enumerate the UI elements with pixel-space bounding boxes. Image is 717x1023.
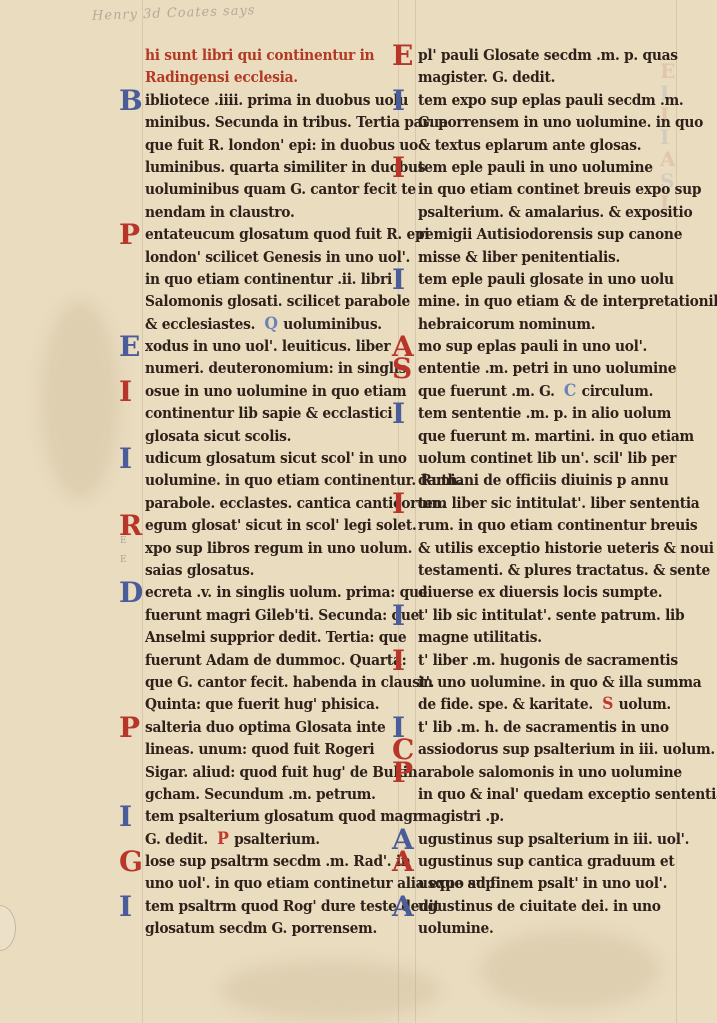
decorated-initial: B: [119, 87, 143, 115]
text-line: & utilis exceptio historie ueteris & nou…: [418, 537, 666, 559]
text-line: entateucum glosatum quod fuit R. epi: [145, 223, 393, 245]
catalogue-entry: Exodus in uno uol'. leuiticus. libernume…: [145, 335, 415, 380]
paraph-mark-icon: C: [564, 380, 576, 402]
decorated-initial: G: [119, 848, 143, 876]
catalogue-entry: Amo sup eplas pauli in uno uol'.: [418, 335, 688, 357]
text-line: fuerunt Adam de dummoc. Quarta:: [145, 649, 393, 671]
paraph-mark-icon: P: [217, 828, 228, 850]
text-line: que fuerunt m. martini. in quo etiam: [418, 425, 666, 447]
catalogue-entry: Iudicum glosatum sicut scol' in unouolum…: [145, 447, 415, 514]
rubric-heading: hi sunt libri qui continentur in Radinge…: [145, 44, 415, 89]
line-text: & ecclesiastes.: [145, 315, 255, 333]
text-line: assiodorus sup psalterium in iii. uolum.: [418, 738, 666, 760]
catalogue-entry: It' lib .m. h. de sacramentis in uno: [418, 716, 688, 738]
stain: [480, 930, 660, 1010]
text-line: uoluminibus quam G. cantor fecit te: [145, 178, 393, 200]
decorated-initial: I: [392, 266, 405, 294]
text-line: mo sup eplas pauli in uno uol'.: [418, 335, 666, 357]
decorated-initial: I: [392, 602, 405, 630]
decorated-initial: I: [119, 893, 132, 921]
text-line: in quo etiam continentur .ii. libri: [145, 268, 393, 290]
text-line: tem eple pauli in uno uolumine: [418, 156, 666, 178]
decorated-initial: R: [119, 512, 142, 540]
text-line: Sigar. aliud: quod fuit hug' de Bukin: [145, 761, 393, 783]
decorated-initial: I: [119, 803, 132, 831]
catalogue-entry: Item eple pauli glosate in uno uolumine.…: [418, 268, 688, 335]
text-line: G. porrensem in uno uolumine. in quo: [418, 111, 666, 133]
line-text: uolum.: [619, 695, 671, 713]
decorated-initial: I: [392, 490, 405, 518]
decorated-initial: I: [392, 647, 405, 675]
text-line: saias glosatus.: [145, 559, 393, 581]
text-line: Quinta: que fuerit hug' phisica.: [145, 693, 393, 715]
text-line: salteria duo optima Glosata inte: [145, 716, 393, 738]
decorated-initial: I: [119, 378, 132, 406]
text-line: ugustinus sup cantica graduum et: [418, 850, 666, 872]
text-line: G. dedit.Ppsalterium.: [145, 828, 393, 850]
text-line: fuerunt magri Gileb'ti. Secunda: que: [145, 604, 393, 626]
text-line: psalterium. & amalarius. & expositio: [418, 201, 666, 223]
text-line: t' lib .m. h. de sacramentis in uno: [418, 716, 666, 738]
text-line: pl' pauli Glosate secdm .m. p. quas: [418, 44, 666, 66]
text-line: ecreta .v. in singlis uolum. prima: que: [145, 581, 393, 603]
text-line: udicum glosatum sicut scol' in uno: [145, 447, 393, 469]
text-line: numeri. deuteronomium: in singlis: [145, 357, 393, 379]
decorated-initial: E: [119, 333, 140, 361]
text-line: t' lib sic intitulat'. sente patrum. lib: [418, 604, 666, 626]
text-line: de fide. spe. & karitate.Suolum.: [418, 693, 666, 715]
right-column: Epl' pauli Glosate secdm .m. p. quasmagi…: [418, 44, 688, 940]
text-line: uolumine.: [418, 917, 666, 939]
text-line: mine. in quo etiam & de interpretationib…: [418, 290, 666, 312]
text-line: tem eple pauli glosate in uno uolu: [418, 268, 666, 290]
text-line: que fuit R. london' epi: in duobus uo: [145, 134, 393, 156]
text-line: xodus in uno uol'. leuiticus. liber: [145, 335, 393, 357]
text-line: continentur lib sapie & ecclastici: [145, 402, 393, 424]
text-line: parabole. ecclastes. cantica canticorum.: [145, 492, 393, 514]
catalogue-entry: Cassiodorus sup psalterium in iii. uolum…: [418, 738, 688, 760]
text-line: t' liber .m. hugonis de sacramentis: [418, 649, 666, 671]
guide-letter: E: [120, 551, 127, 570]
text-line: magister. G. dedit.: [418, 66, 666, 88]
line-text: G. dedit.: [145, 830, 208, 848]
left-column: hi sunt libri qui continentur in Radinge…: [145, 44, 415, 940]
text-line: hebraicorum nominum.: [418, 313, 666, 335]
text-line: ugustinus sup psalterium in iii. uol'.: [418, 828, 666, 850]
catalogue-entry: Augustinus de ciuitate dei. in unouolumi…: [418, 895, 688, 940]
catalogue-entry: Item eple pauli in uno uoluminein quo et…: [418, 156, 688, 268]
text-line: london' scilicet Genesis in uno uol'.: [145, 246, 393, 268]
text-line: uno uol'. in quo etiam continetur alia e…: [145, 872, 393, 894]
decorated-initial: I: [392, 154, 405, 182]
text-line: Radingensi ecclesia.: [145, 66, 393, 88]
paraph-mark-icon: S: [602, 693, 613, 715]
catalogue-entry: Item expo sup eplas pauli secdm .m.G. po…: [418, 89, 688, 156]
text-line: testamenti. & plures tractatus. & sente: [418, 559, 666, 581]
text-line: egum glosat' sicut in scol' legi solet.: [145, 514, 393, 536]
text-line: hi sunt libri qui continentur in: [145, 44, 393, 66]
text-line: usque ad finem psalt' in uno uol'.: [418, 872, 666, 894]
decorated-initial: E: [392, 42, 413, 70]
decorated-initial: I: [392, 87, 405, 115]
entry-list: Epl' pauli Glosate secdm .m. p. quasmagi…: [418, 44, 688, 940]
text-line: uolum continet lib un'. scil' lib per: [418, 447, 666, 469]
decorated-initial: I: [119, 445, 132, 473]
text-line: & textus eplarum ante glosas.: [418, 134, 666, 156]
text-line: que G. cantor fecit. habenda in claust'.: [145, 671, 393, 693]
text-line: tem expo sup eplas pauli secdm .m.: [418, 89, 666, 111]
text-line: rum. in quo etiam continentur breuis: [418, 514, 666, 536]
text-line: xpo sup libros regum in uno uolum.: [145, 537, 393, 559]
text-line: misse & liber penitentialis.: [418, 246, 666, 268]
catalogue-entry: Bibliotece .iiii. prima in duobus uolumi…: [145, 89, 415, 223]
catalogue-entry: Item psaltrm quod Rog' dure teste deditg…: [145, 895, 415, 940]
text-line: glosatum secdm G. porrensem.: [145, 917, 393, 939]
text-line: tem sententie .m. p. in alio uolum: [418, 402, 666, 424]
text-line: tem liber sic intitulat'. liber sententi…: [418, 492, 666, 514]
text-line: in quo & inal' quedam exceptio sententia…: [418, 783, 666, 805]
text-line: que fuerunt .m. G.Ccirculum.: [418, 380, 666, 402]
text-line: tem psaltrm quod Rog' dure teste dedit: [145, 895, 393, 917]
text-line: & ecclesiastes.Quoluminibus.: [145, 313, 393, 335]
decorated-initial: I: [392, 400, 405, 428]
decorated-initial: S: [392, 355, 412, 383]
catalogue-entry: Psalteria duo optima Glosata intelineas.…: [145, 716, 415, 806]
text-line: glosata sicut scolis.: [145, 425, 393, 447]
text-line: ententie .m. petri in uno uolumine: [418, 357, 666, 379]
stain: [40, 300, 120, 500]
text-line: gcham. Secundum .m. petrum.: [145, 783, 393, 805]
catalogue-entry: Augustinus sup cantica graduum etusque a…: [418, 850, 688, 895]
decorated-initial: D: [119, 579, 143, 607]
text-line: luminibus. quarta similiter in duobus: [145, 156, 393, 178]
line-text: uoluminibus.: [283, 315, 382, 333]
catalogue-entry: Regum glosat' sicut in scol' legi solet.…: [145, 514, 415, 581]
line-text: de fide. spe. & karitate.: [418, 695, 593, 713]
decorated-initial: P: [392, 759, 413, 787]
text-line: nendam in claustro.: [145, 201, 393, 223]
catalogue-entry: Item liber sic intitulat'. liber sentent…: [418, 492, 688, 604]
text-line: ugustinus de ciuitate dei. in uno: [418, 895, 666, 917]
text-line: remigii Autisiodorensis sup canone: [418, 223, 666, 245]
text-line: damiani de officiis diuinis p annu: [418, 469, 666, 491]
catalogue-entry: Item sententie .m. p. in alio uolumque f…: [418, 402, 688, 492]
text-line: uolumine. in quo etiam continentur. Ruth…: [145, 469, 393, 491]
catalogue-entry: Decreta .v. in singlis uolum. prima: que…: [145, 581, 415, 715]
entry-list: Bibliotece .iiii. prima in duobus uolumi…: [145, 89, 415, 940]
text-line: diuerse ex diuersis locis sumpte.: [418, 581, 666, 603]
line-text: circulum.: [582, 382, 654, 400]
text-line: in uno uolumine. in quo & illa summa: [418, 671, 666, 693]
catalogue-entry: Sententie .m. petri in uno uolumineque f…: [418, 357, 688, 402]
text-line: ibliotece .iiii. prima in duobus uolu: [145, 89, 393, 111]
text-line: Anselmi supprior dedit. Tertia: que: [145, 626, 393, 648]
text-line: in quo etiam continet breuis expo sup: [418, 178, 666, 200]
paraph-mark-icon: Q: [264, 313, 277, 335]
line-text: que fuerunt .m. G.: [418, 382, 555, 400]
text-line: arabole salomonis in uno uolumine: [418, 761, 666, 783]
text-line: osue in uno uolumine in quo etiam: [145, 380, 393, 402]
text-line: lose sup psaltrm secdm .m. Rad'. in: [145, 850, 393, 872]
text-line: minibus. Secunda in tribus. Tertia parua: [145, 111, 393, 133]
catalogue-entry: Glose sup psaltrm secdm .m. Rad'. inuno …: [145, 850, 415, 895]
text-line: magne utilitatis.: [418, 626, 666, 648]
text-line: lineas. unum: quod fuit Rogeri: [145, 738, 393, 760]
catalogue-entry: Epl' pauli Glosate secdm .m. p. quasmagi…: [418, 44, 688, 89]
catalogue-entry: It' liber .m. hugonis de sacramentisin u…: [418, 649, 688, 716]
line-text: psalterium.: [234, 830, 320, 848]
catalogue-entry: Iosue in uno uolumine in quo etiamcontin…: [145, 380, 415, 447]
text-line: tem psalterium glosatum quod magr: [145, 805, 393, 827]
catalogue-entry: Item psalterium glosatum quod magrG. ded…: [145, 805, 415, 850]
catalogue-entry: Pentateucum glosatum quod fuit R. epilon…: [145, 223, 415, 335]
catalogue-entry: It' lib sic intitulat'. sente patrum. li…: [418, 604, 688, 649]
text-line: Salomonis glosati. scilicet parabole: [145, 290, 393, 312]
text-line: magistri .p.: [418, 805, 666, 827]
stain: [220, 960, 440, 1020]
decorated-initial: P: [119, 714, 140, 742]
catalogue-entry: Parabole salomonis in uno uoluminein quo…: [418, 761, 688, 828]
decorated-initial: A: [392, 848, 414, 876]
catalogue-entry: Augustinus sup psalterium in iii. uol'.: [418, 828, 688, 850]
decorated-initial: P: [119, 221, 140, 249]
decorated-initial: A: [392, 893, 414, 921]
